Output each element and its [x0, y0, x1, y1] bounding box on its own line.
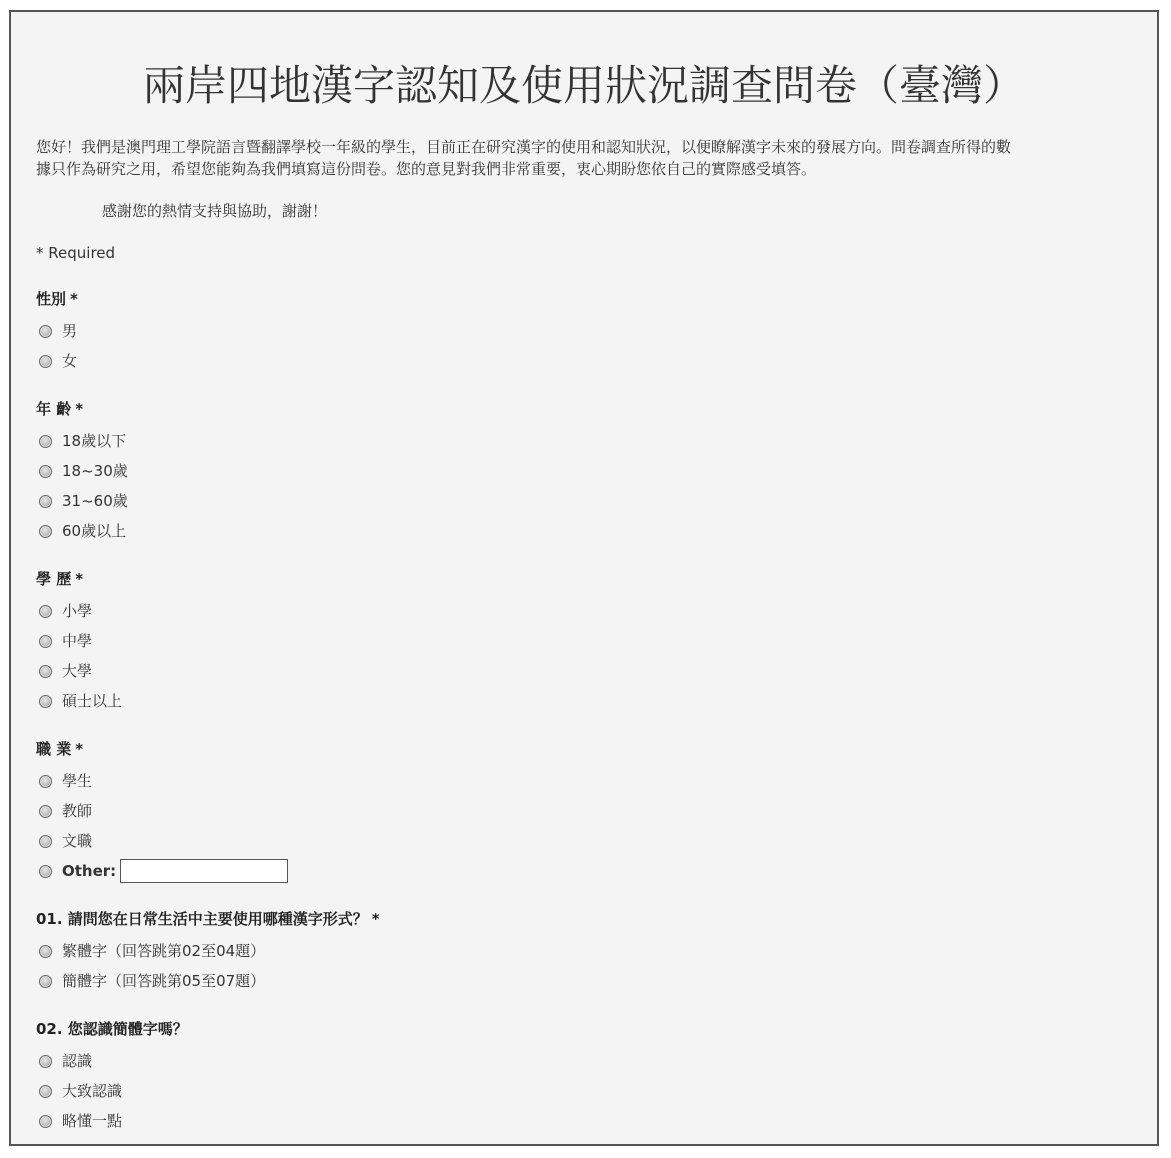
option-education-secondary[interactable]: 中學 [36, 626, 1136, 656]
option-education-masters-plus[interactable]: 碩士以上 [36, 686, 1136, 716]
radio-button[interactable] [39, 1115, 52, 1128]
option-know-a-little[interactable]: 略懂一點 [36, 1106, 1136, 1136]
option-gender-male[interactable]: 男 [36, 316, 1136, 346]
question-title: 職 業* [36, 738, 1136, 760]
required-star: * [75, 570, 83, 588]
radio-button[interactable] [39, 835, 52, 848]
option-occupation-student[interactable]: 學生 [36, 766, 1136, 796]
radio-button[interactable] [39, 865, 52, 878]
required-star: * [75, 740, 83, 758]
question-gender: 性別* 男 女 [36, 288, 1136, 376]
required-note: * Required [36, 242, 1136, 264]
required-star: * [75, 400, 83, 418]
radio-button[interactable] [39, 1055, 52, 1068]
option-occupation-clerical[interactable]: 文職 [36, 826, 1136, 856]
option-traditional-chinese[interactable]: 繁體字（回答跳第02至04題） [36, 936, 1136, 966]
radio-button[interactable] [39, 465, 52, 478]
radio-button[interactable] [39, 1085, 52, 1098]
question-occupation: 職 業* 學生 教師 文職 Other: [36, 738, 1136, 886]
option-gender-female[interactable]: 女 [36, 346, 1136, 376]
radio-button[interactable] [39, 435, 52, 448]
radio-button[interactable] [39, 665, 52, 678]
question-education: 學 歷* 小學 中學 大學 碩士以上 [36, 568, 1136, 716]
option-know[interactable]: 認識 [36, 1046, 1136, 1076]
option-age-31-60[interactable]: 31~60歲 [36, 486, 1136, 516]
radio-button[interactable] [39, 775, 52, 788]
other-label: Other: [62, 861, 116, 881]
option-occupation-teacher[interactable]: 教師 [36, 796, 1136, 826]
intro-line-1: 您好！我們是澳門理工學院語言暨翻譯學校一年級的學生，目前正在研究漢字的使用和認知… [36, 138, 1011, 156]
radio-button[interactable] [39, 635, 52, 648]
intro-line-2: 據只作為研究之用，希望您能夠為我們填寫這份問卷。您的意見對我們非常重要，衷心期盼… [36, 160, 816, 178]
question-title: 01. 請問您在日常生活中主要使用哪種漢字形式？* [36, 908, 1136, 930]
intro-text: 您好！我們是澳門理工學院語言暨翻譯學校一年級的學生，目前正在研究漢字的使用和認知… [36, 136, 1136, 180]
radio-button[interactable] [39, 805, 52, 818]
option-simplified-chinese[interactable]: 簡體字（回答跳第05至07題） [36, 966, 1136, 996]
option-age-under-18[interactable]: 18歲以下 [36, 426, 1136, 456]
required-star: * [70, 290, 78, 308]
question-02-know-simplified: 02. 您認識簡體字嗎？ 認識 大致認識 略懂一點 [36, 1018, 1136, 1136]
radio-button[interactable] [39, 325, 52, 338]
question-age: 年 齡* 18歲以下 18~30歲 31~60歲 60歲以上 [36, 398, 1136, 546]
form-title: 兩岸四地漢字認知及使用狀況調查問卷（臺灣） [11, 60, 1157, 112]
option-mostly-know[interactable]: 大致認識 [36, 1076, 1136, 1106]
question-title: 學 歷* [36, 568, 1136, 590]
radio-button[interactable] [39, 945, 52, 958]
question-title: 年 齡* [36, 398, 1136, 420]
radio-button[interactable] [39, 495, 52, 508]
option-age-over-60[interactable]: 60歲以上 [36, 516, 1136, 546]
option-occupation-other[interactable]: Other: [36, 856, 1136, 886]
radio-button[interactable] [39, 605, 52, 618]
thanks-text: 感謝您的熱情支持與協助，謝謝！ [102, 200, 1136, 222]
other-text-input[interactable] [120, 859, 288, 883]
radio-button[interactable] [39, 525, 52, 538]
form-page: 兩岸四地漢字認知及使用狀況調查問卷（臺灣） 您好！我們是澳門理工學院語言暨翻譯學… [9, 10, 1159, 1146]
option-age-18-30[interactable]: 18~30歲 [36, 456, 1136, 486]
option-education-primary[interactable]: 小學 [36, 596, 1136, 626]
option-education-university[interactable]: 大學 [36, 656, 1136, 686]
form-body: 您好！我們是澳門理工學院語言暨翻譯學校一年級的學生，目前正在研究漢字的使用和認知… [36, 136, 1136, 1136]
required-star: * [372, 910, 380, 928]
question-title: 性別* [36, 288, 1136, 310]
radio-button[interactable] [39, 975, 52, 988]
radio-button[interactable] [39, 695, 52, 708]
question-01-script-form: 01. 請問您在日常生活中主要使用哪種漢字形式？* 繁體字（回答跳第02至04題… [36, 908, 1136, 996]
question-title: 02. 您認識簡體字嗎？ [36, 1018, 1136, 1040]
radio-button[interactable] [39, 355, 52, 368]
